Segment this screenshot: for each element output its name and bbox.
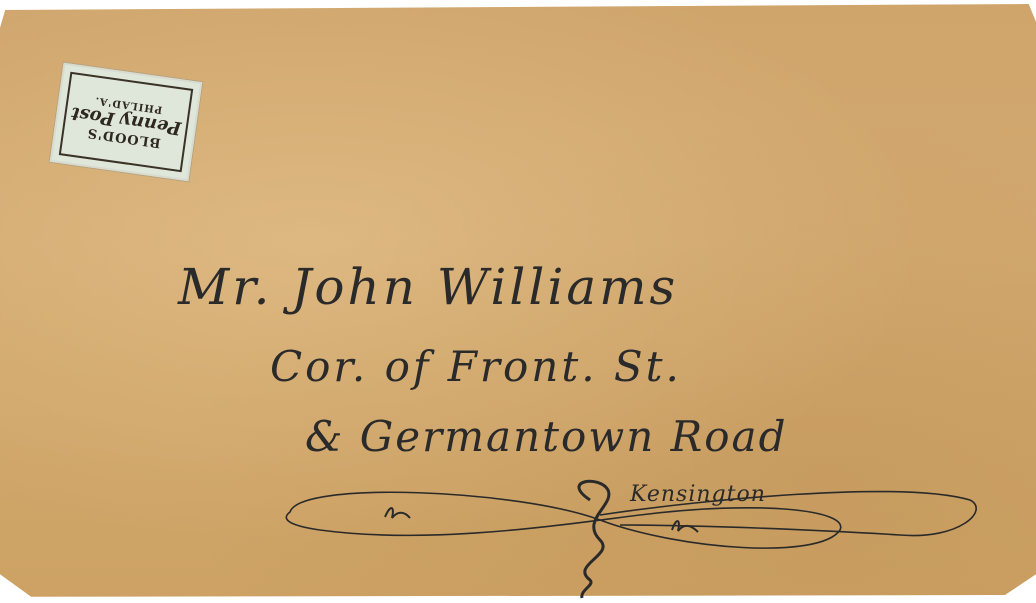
address-town: Kensington [630,482,766,507]
flourish-icon [0,0,1036,603]
